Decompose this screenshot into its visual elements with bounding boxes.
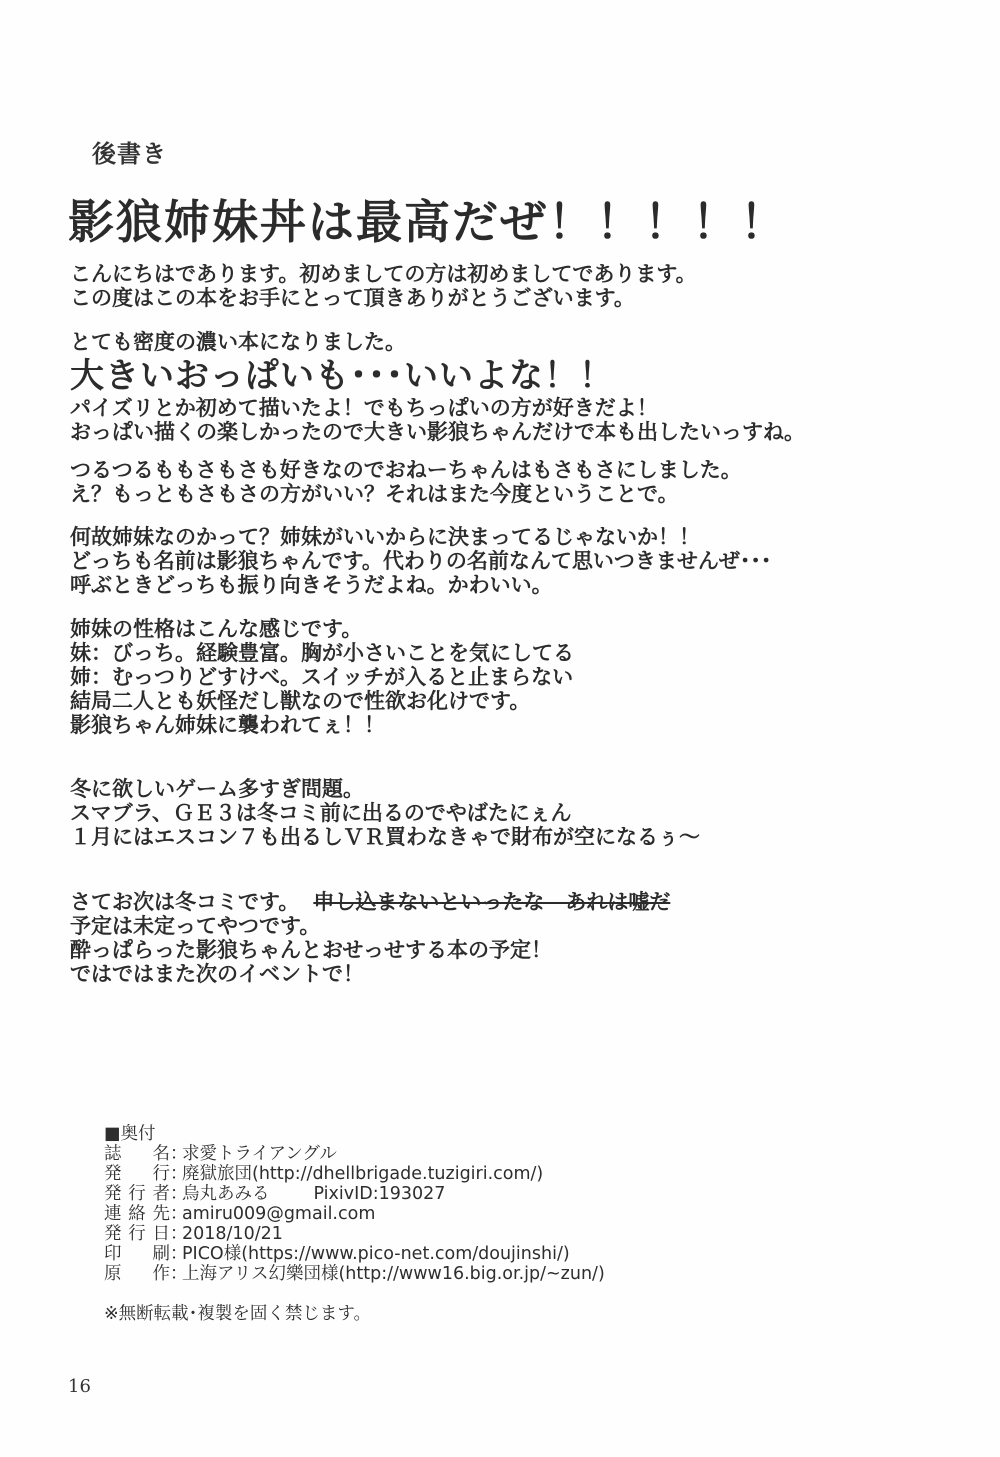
text-line: 姉：むっつりどすけべ。スイッチが入ると止まらない: [70, 665, 930, 689]
text-line: １月にはエスコン７も出るしＶＲ買わなきゃで財布が空になるぅ～: [70, 825, 930, 849]
density-paragraph: とても密度の濃い本になりました。 大きいおっぱいも･･･いいよな！！ パイズリと…: [70, 330, 930, 444]
greeting-paragraph: こんにちはであります。初めましての方は初めましてであります。 この度はこの本をお…: [70, 262, 930, 310]
colophon-separator: ：: [170, 1144, 182, 1164]
colophon-value: amiru009@gmail.com: [182, 1204, 375, 1224]
colophon-label: 印 刷: [104, 1244, 170, 1264]
colophon-value: 上海アリス幻樂団様(http://www16.big.or.jp/~zun/): [182, 1264, 605, 1284]
emphasis-line: 大きいおっぱいも･･･いいよな！！: [70, 356, 930, 396]
colophon-row-title: 誌 名：求愛トライアングル: [104, 1144, 605, 1164]
text-line: 影狼ちゃん姉妹に襲われてぇ！！: [70, 713, 930, 737]
text-line: さてお次は冬コミです。申し込まないといったな あれは嘘だ: [70, 890, 930, 914]
text-line: おっぱい描くの楽しかったので大きい影狼ちゃんだけで本も出したいっすね。: [70, 420, 930, 444]
personality-paragraph: 姉妹の性格はこんな感じです。 妹：びっち。経験豊富。胸が小さいことを気にしてる …: [70, 617, 930, 737]
colophon-header: ■奥付: [104, 1124, 605, 1144]
next-event-paragraph: さてお次は冬コミです。申し込まないといったな あれは嘘だ 予定は未定ってやつです…: [70, 890, 930, 986]
struck-text: 申し込まないといったな あれは嘘だ: [313, 890, 670, 914]
text-line: パイズリとか初めて描いたよ！でもちっぱいの方が好きだよ！: [70, 396, 930, 420]
colophon-label: 連絡先: [104, 1204, 170, 1224]
text-line: 呼ぶときどっちも振り向きそうだよね。かわいい。: [70, 573, 930, 597]
colophon-value: 2018/10/21: [182, 1224, 283, 1244]
page-title: 影狼姉妹丼は最高だぜ！！！！！: [68, 186, 788, 252]
colophon-value: 求愛トライアングル: [182, 1144, 337, 1164]
text-line: 予定は未定ってやつです。: [70, 914, 930, 938]
text-line: 何故姉妹なのかって？姉妹がいいからに決まってるじゃないか！！: [70, 525, 930, 549]
colophon-separator: ：: [170, 1204, 182, 1224]
colophon-label: 発行日: [104, 1224, 170, 1244]
colophon-label: 発 行: [104, 1164, 170, 1184]
text-line: どっちも名前は影狼ちゃんです。代わりの名前なんて思いつきませんぜ･･･: [70, 549, 930, 573]
colophon-row-publisher: 発 行：廃獄旅団(http://dhellbrigade.tuzigiri.co…: [104, 1164, 605, 1184]
text-line: つるつるももさもさも好きなのでおねーちゃんはもさもさにしました。: [70, 458, 930, 482]
text-line: この度はこの本をお手にとって頂きありがとうございます。: [70, 286, 930, 310]
colophon-row-printer: 印 刷：PICO様(https://www.pico-net.com/douji…: [104, 1244, 605, 1264]
afterword-page: 後書き 影狼姉妹丼は最高だぜ！！！！！ こんにちはであります。初めましての方は初…: [0, 0, 1000, 1457]
colophon-separator: ：: [170, 1184, 182, 1204]
text-line: 酔っぱらった影狼ちゃんとおせっせする本の予定！: [70, 938, 930, 962]
text-line: 冬に欲しいゲーム多すぎ問題。: [70, 777, 930, 801]
section-heading: 後書き: [92, 134, 167, 169]
colophon-value: PICO様(https://www.pico-net.com/doujinshi…: [182, 1244, 570, 1264]
text-segment: さてお次は冬コミです。: [70, 890, 299, 914]
text-line: こんにちはであります。初めましての方は初めましてであります。: [70, 262, 930, 286]
colophon-label: 発行者: [104, 1184, 170, 1204]
colophon-row-original: 原 作：上海アリス幻樂団様(http://www16.big.or.jp/~zu…: [104, 1264, 605, 1284]
colophon-row-contact: 連絡先：amiru009@gmail.com: [104, 1204, 605, 1224]
pixiv-id: PixivID:193027: [314, 1184, 446, 1204]
sisters-paragraph: 何故姉妹なのかって？姉妹がいいからに決まってるじゃないか！！ どっちも名前は影狼…: [70, 525, 930, 597]
colophon-separator: ：: [170, 1164, 182, 1184]
colophon-value: 烏丸あみる: [182, 1184, 270, 1204]
text-line: 姉妹の性格はこんな感じです。: [70, 617, 930, 641]
games-paragraph: 冬に欲しいゲーム多すぎ問題。 スマブラ、ＧＥ３は冬コミ前に出るのでやばたにぇん …: [70, 777, 930, 849]
colophon-separator: ：: [170, 1244, 182, 1264]
fluffy-paragraph: つるつるももさもさも好きなのでおねーちゃんはもさもさにしました。 え？もっともさ…: [70, 458, 930, 506]
colophon-label: 原 作: [104, 1264, 170, 1284]
colophon-label: 誌 名: [104, 1144, 170, 1164]
text-line: スマブラ、ＧＥ３は冬コミ前に出るのでやばたにぇん: [70, 801, 930, 825]
colophon-row-date: 発行日：2018/10/21: [104, 1224, 605, 1244]
text-line: ではではまた次のイベントで！: [70, 962, 930, 986]
page-number: 16: [68, 1376, 91, 1397]
copyright-notice: ※無断転載･複製を固く禁じます。: [104, 1300, 371, 1325]
text-line: え？もっともさもさの方がいい？それはまた今度ということで。: [70, 482, 930, 506]
colophon-separator: ：: [170, 1224, 182, 1244]
text-line: とても密度の濃い本になりました。: [70, 330, 930, 354]
colophon-row-author: 発行者：烏丸あみるPixivID:193027: [104, 1184, 605, 1204]
text-line: 妹：びっち。経験豊富。胸が小さいことを気にしてる: [70, 641, 930, 665]
colophon-separator: ：: [170, 1264, 182, 1284]
text-line: 結局二人とも妖怪だし獣なので性欲お化けです。: [70, 689, 930, 713]
colophon-value: 廃獄旅団(http://dhellbrigade.tuzigiri.com/): [182, 1164, 543, 1184]
colophon: ■奥付 誌 名：求愛トライアングル 発 行：廃獄旅団(http://dhellb…: [104, 1124, 605, 1284]
